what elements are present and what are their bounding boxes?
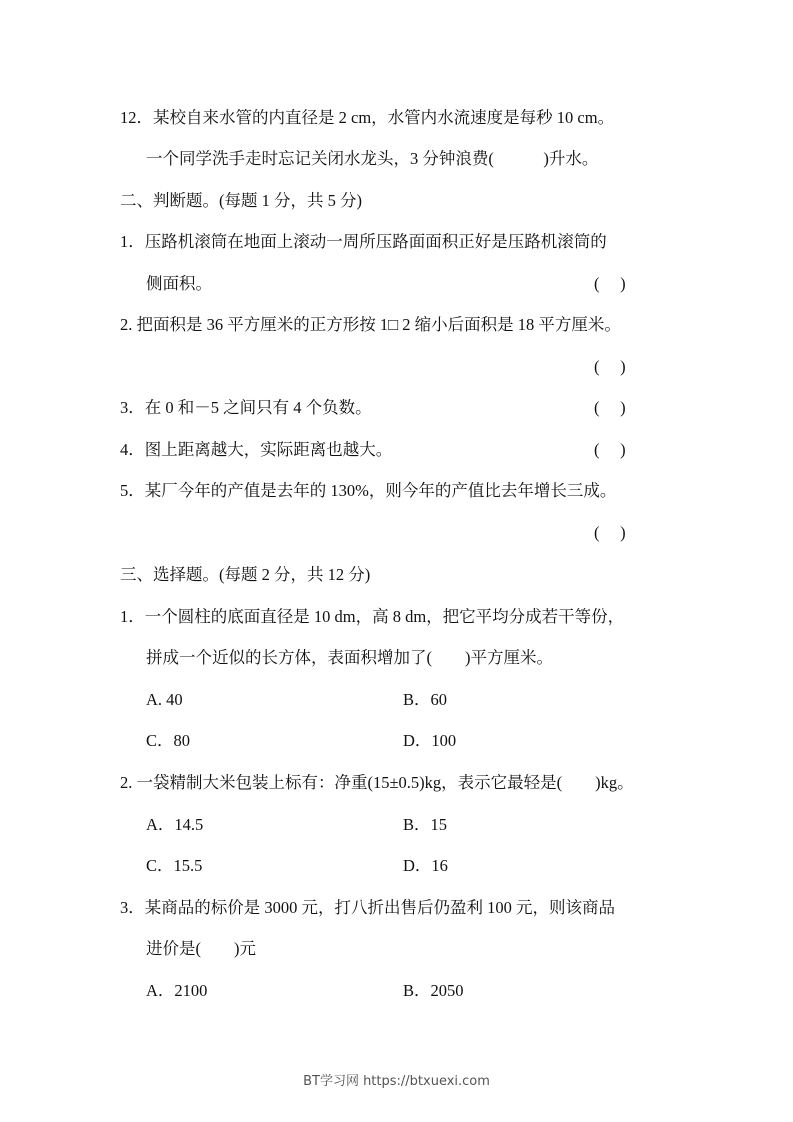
judge-section-heading: 二、判断题。(每题 1 分，共 5 分) xyxy=(120,190,362,212)
choice-question-2-line1: 2. 一袋精制大米包装上标有：净重(15±0.5)kg，表示它最轻是( )kg。 xyxy=(120,772,634,794)
choice-option-a[interactable]: A．2100 xyxy=(146,980,207,1002)
choice-option-d[interactable]: D．100 xyxy=(403,730,456,752)
answer-bracket[interactable]: ( ) xyxy=(594,522,626,544)
fill-question-12-line1: 12．某校自来水管的内直径是 2 cm，水管内水流速度是每秒 10 cm。 xyxy=(120,107,614,129)
choice-question-1-line2: 拼成一个近似的长方体，表面积增加了( )平方厘米。 xyxy=(146,647,553,669)
footer-watermark: BT学习网 https://btxuexi.com xyxy=(0,1070,793,1089)
fill-question-12-line2: 一个同学洗手走时忘记关闭水龙头，3 分钟浪费( )升水。 xyxy=(146,148,598,170)
judge-question-4-line1: 4．图上距离越大，实际距离也越大。 xyxy=(120,439,392,461)
judge-question-3-line1: 3．在 0 和－5 之间只有 4 个负数。 xyxy=(120,397,372,419)
answer-bracket[interactable]: ( ) xyxy=(594,273,626,295)
choice-option-b[interactable]: B．60 xyxy=(403,689,447,711)
answer-bracket[interactable]: ( ) xyxy=(594,439,626,461)
choice-option-a[interactable]: A. 40 xyxy=(146,689,183,711)
judge-question-5-line1: 5．某厂今年的产值是去年的 130%，则今年的产值比去年增长三成。 xyxy=(120,480,616,502)
judge-question-1-line2: 侧面积。 xyxy=(146,273,212,295)
choice-option-b[interactable]: B．15 xyxy=(403,814,447,836)
judge-question-1-line1: 1．压路机滚筒在地面上滚动一周所压路面面积正好是压路机滚筒的 xyxy=(120,231,607,253)
choice-question-3-line1: 3．某商品的标价是 3000 元，打八折出售后仍盈利 100 元，则该商品 xyxy=(120,897,615,919)
judge-question-2-line1: 2. 把面积是 36 平方厘米的正方形按 1□ 2 缩小后面积是 18 平方厘米… xyxy=(120,314,621,336)
choice-section-heading: 三、选择题。(每题 2 分，共 12 分) xyxy=(120,564,370,586)
choice-option-d[interactable]: D．16 xyxy=(403,855,448,877)
answer-bracket[interactable]: ( ) xyxy=(594,397,626,419)
choice-question-3-line2: 进价是( )元 xyxy=(146,938,256,960)
choice-question-1-line1: 1．一个圆柱的底面直径是 10 dm，高 8 dm，把它平均分成若干等份， xyxy=(120,606,624,628)
choice-option-c[interactable]: C．80 xyxy=(146,730,190,752)
choice-option-c[interactable]: C．15.5 xyxy=(146,855,202,877)
answer-bracket[interactable]: ( ) xyxy=(594,356,626,378)
choice-option-a[interactable]: A．14.5 xyxy=(146,814,203,836)
choice-option-b[interactable]: B．2050 xyxy=(403,980,464,1002)
